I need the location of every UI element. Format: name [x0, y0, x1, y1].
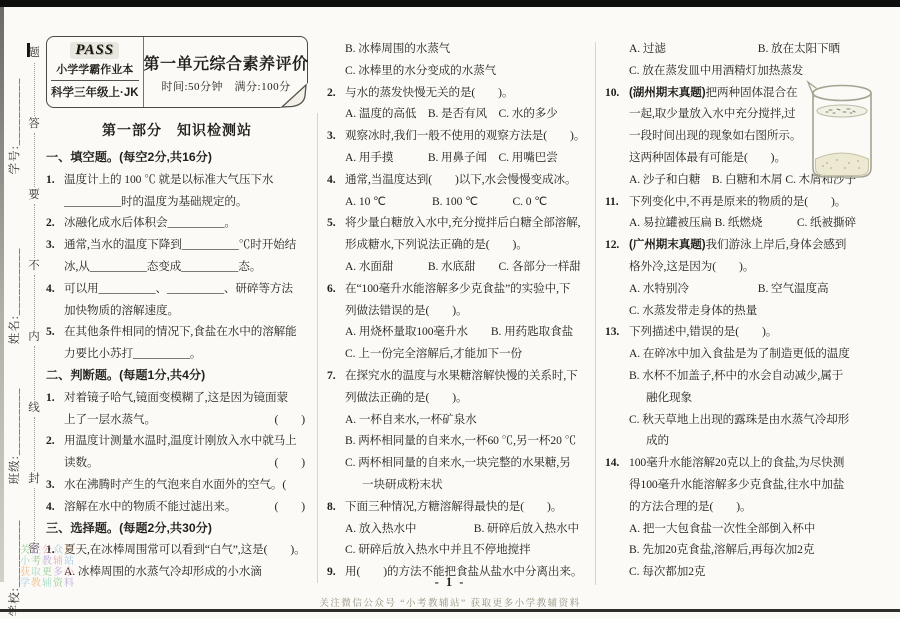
continuation-line: 加快物质的溶解速度。	[46, 300, 308, 322]
question-line: 8.下面三种情况,方糖溶解得最快的是( )。	[327, 496, 585, 518]
paper-body: PASS 小学学霸作业本 科学三年级上·JK 第一单元综合素养评价 时间:50分…	[46, 7, 894, 585]
seal-char: 要	[28, 190, 40, 202]
continuation-line: 格外冷,这是因为( )。	[605, 256, 894, 278]
option-line: A. 温度的高低 B. 是否有风 C. 水的多少	[327, 103, 585, 125]
question-line: 1.夏天,在冰棒周围常可以看到“白气”,这是( )。	[46, 539, 308, 561]
question-line: 5.将少量白糖放入水中,充分搅拌后白糖全部溶解,	[327, 212, 585, 234]
student-id-field: 学号:__________	[6, 71, 22, 181]
question-line: 3.通常,当水的温度下降到__________℃时开始结	[46, 234, 308, 256]
continuation-line: __________时的温度为基础规定的。	[46, 191, 308, 213]
continuation-line: 列做法正确的是( )。	[327, 387, 585, 409]
question-line: 12.(广州期末真题)我们游泳上岸后,身体会感到	[605, 234, 894, 256]
option-continuation-line: 成的	[605, 430, 894, 452]
question-line: 3.观察冰时,我们一般不使用的观察方法是( )。	[327, 125, 585, 147]
beaker-illustration	[801, 79, 879, 183]
question-line: 1.对着镜子哈气,镜面变模糊了,这是因为镜面蒙	[46, 387, 308, 409]
time-score-meta: 时间:50分钟 满分:100分	[161, 78, 290, 94]
option-line: B. 水杯不加盖子,杯中的水会自动减少,属于	[605, 365, 894, 387]
publisher-cell: PASS 小学学霸作业本 科学三年级上·JK	[47, 37, 144, 107]
option-line: C. 两杯相同量的自来水,一块完整的水果糖,另	[327, 452, 585, 474]
scan-edge-left	[0, 7, 4, 582]
question-line: 7.在探究水的温度与水果糖溶解快慢的关系时,下	[327, 365, 585, 387]
paper-title: 第一单元综合素养评价	[144, 51, 309, 74]
question-line: 14.100毫升水能溶解20克以上的食盐,为尽快测	[605, 452, 894, 474]
option-line: C. 水蒸发带走身体的热量	[605, 300, 894, 322]
option-line: B. 先加20克食盐,溶解后,再每次加2克	[605, 539, 894, 561]
question-line: 4.通常,当温度达到( )以下,水会慢慢变成冰。	[327, 169, 585, 191]
continuation-line: 力要比小苏打__________。	[46, 343, 308, 365]
option-continuation-line: 一块研成粉末状	[327, 474, 585, 496]
option-line: C. 冰棒里的水分变成的水蒸气	[327, 60, 585, 82]
option-line: B. 两杯相同量的自来水,一杯60 ℃,另一杯20 ℃	[327, 430, 585, 452]
section-header: 一、填空题。(每空2分,共16分)	[46, 147, 308, 169]
seal-char: 内	[28, 332, 40, 344]
option-line: A. 易拉罐被压扁 B. 纸燃烧 C. 纸被撕碎	[605, 212, 894, 234]
seal-char: 封	[28, 474, 40, 486]
continuation-line: 的方法合理的是( )。	[605, 496, 894, 518]
questions-column-1: 一、填空题。(每空2分,共16分)1.温度计上的 100 ℃ 就是以标准大气压下…	[46, 147, 308, 583]
question-line: 4.溶解在水中的物质不能过滤出来。( )	[46, 496, 308, 518]
question-line: 13.下列描述中,错误的是( )。	[605, 321, 894, 343]
seal-char: 答	[28, 119, 40, 131]
column-divider-1	[317, 113, 318, 583]
section-title: 第一部分 知识检测站	[46, 120, 308, 140]
continuation-line: 读数。( )	[46, 452, 308, 474]
continuation-line: 得100毫升水能溶解多少克食盐,往水中加盐	[605, 474, 894, 496]
class-field: 班级:__________	[6, 381, 22, 491]
subject-grade-label: 科学三年级上·JK	[51, 80, 139, 100]
column-1: PASS 小学学霸作业本 科学三年级上·JK 第一单元综合素养评价 时间:50分…	[46, 7, 308, 585]
option-continuation-line: 融化现象	[605, 387, 894, 409]
continuation-line: 上了一层水蒸气。( )	[46, 409, 308, 431]
question-line: 6.在“100毫升水能溶解多少克食盐”的实验中,下	[327, 278, 585, 300]
scan-edge-top	[0, 0, 900, 7]
question-line: 4.可以用__________、__________、研碎等方法	[46, 278, 308, 300]
option-line: C. 上一份完全溶解后,才能加下一份	[327, 343, 585, 365]
series-title: 小学学霸作业本	[56, 61, 133, 77]
questions-column-2: B. 冰棒周围的水蒸气C. 冰棒里的水分变成的水蒸气2.与水的蒸发快慢无关的是(…	[327, 7, 585, 585]
column-divider-2	[595, 42, 596, 585]
pass-logo: PASS	[70, 42, 119, 59]
footer-note: 关注微信公众号 “小考教辅站” 获取更多小学教辅资料	[0, 595, 900, 609]
seal-char: 线	[28, 403, 40, 415]
seal-char: 题	[28, 48, 40, 60]
scan-edge-bottom	[0, 609, 900, 612]
option-line: A. 把一大包食盐一次性全部倒入杯中	[605, 518, 894, 540]
question-line: 2.用温度计测量水温时,温度计刚放入水中就马上	[46, 430, 308, 452]
option-line: C. 秋天草地上出现的露珠是由水蒸气冷却形	[605, 409, 894, 431]
exam-paper-scan: 学号:__________ 姓名:__________ 班级:_________…	[0, 0, 900, 619]
student-name-field: 姓名:__________	[6, 241, 22, 351]
option-line: C. 研碎后放入热水中并且不停地搅拌	[327, 539, 585, 561]
continuation-line: 形成糖水,下列说法正确的是( )。	[327, 234, 585, 256]
option-line: A. 用烧杯量取100毫升水 B. 用药匙取食盐	[327, 321, 585, 343]
section-header: 三、选择题。(每题2分,共30分)	[46, 518, 308, 540]
option-line: A. 用手摸 B. 用鼻子闻 C. 用嘴巴尝	[327, 147, 585, 169]
option-line: A. 放入热水中 B. 研碎后放入热水中	[327, 518, 585, 540]
option-line: B. 冰棒周围的水蒸气	[327, 38, 585, 60]
section-header: 二、判断题。(每题1分,共4分)	[46, 365, 308, 387]
option-line: A. 水面甜 B. 水底甜 C. 各部分一样甜	[327, 256, 585, 278]
seal-char: 不	[28, 261, 40, 273]
question-line: 3.水在沸腾时产生的气泡来自水面外的空气。( )	[46, 474, 308, 496]
seal-line-text: 题答要不内线封密	[27, 48, 41, 556]
option-line: A. 10 ℃ B. 100 ℃ C. 0 ℃	[327, 191, 585, 213]
question-line: 2.与水的蒸发快慢无关的是( )。	[327, 82, 585, 104]
question-line: 1.温度计上的 100 ℃ 就是以标准大气压下水	[46, 169, 308, 191]
page-number: - 1 -	[0, 575, 900, 590]
option-line: A. 过滤 B. 放在太阳下晒	[605, 38, 894, 60]
continuation-line: 列做法错误的是( )。	[327, 300, 585, 322]
folded-corner-icon	[279, 82, 309, 109]
option-line: A. 水特别冷 B. 空气温度高	[605, 278, 894, 300]
question-line: 5.在其他条件相同的情况下,食盐在水中的溶解能	[46, 321, 308, 343]
question-line: 11.下列变化中,不再是原来的物质的是( )。	[605, 191, 894, 213]
option-line: A. 在碎冰中加入食盐是为了制造更低的温度	[605, 343, 894, 365]
continuation-line: 冰,从__________态变成__________态。	[46, 256, 308, 278]
questions-column-3: A. 过滤 B. 放在太阳下晒C. 放在蒸发皿中用酒精灯加热蒸发10.(湖州期末…	[605, 7, 894, 585]
option-line: A. 一杯自来水,一杯矿泉水	[327, 409, 585, 431]
question-line: 2.冰融化成水后体积会__________。	[46, 212, 308, 234]
paper-header: PASS 小学学霸作业本 科学三年级上·JK 第一单元综合素养评价 时间:50分…	[46, 36, 308, 108]
